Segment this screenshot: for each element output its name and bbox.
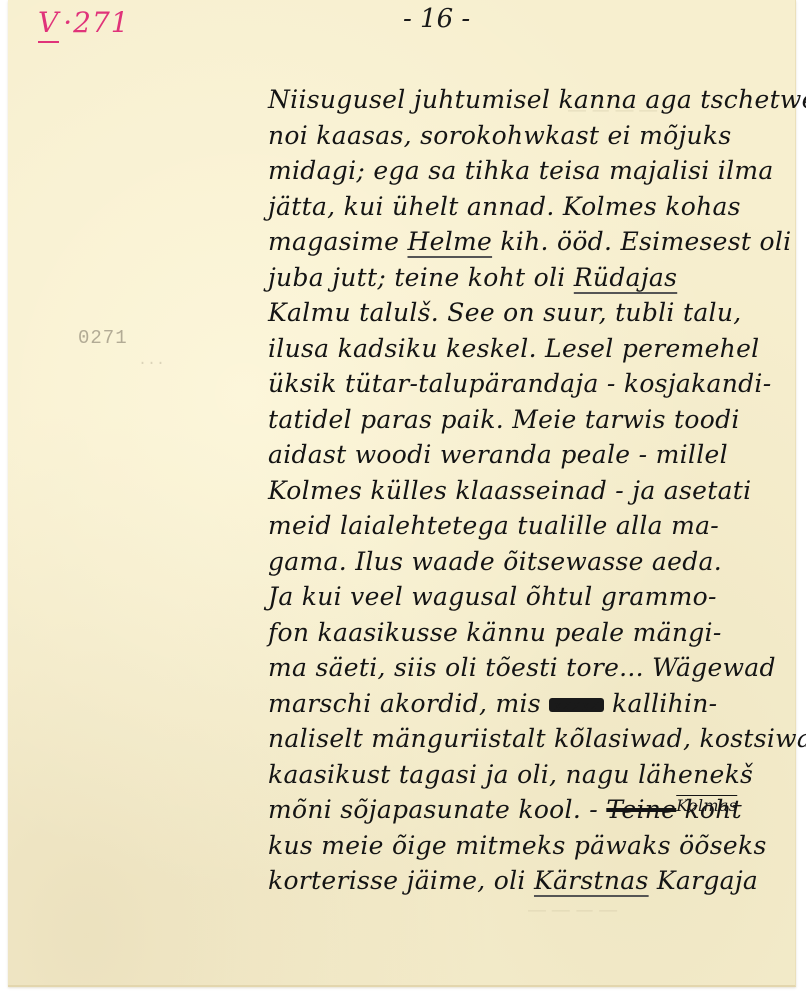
text-line-8: ilusa kadsiku keskel. Lesel peremehel (268, 331, 798, 367)
text-line-13: meid laialehtetega tualille alla ma- (268, 508, 798, 544)
text-line-5: magasime Helme kih. ööd. Esimesest oli (268, 224, 798, 260)
scribbled-out-word: xxxxx (549, 698, 604, 712)
text-line-21: mõni sõjapasunate kool. - TeineKolmas ko… (268, 792, 798, 828)
underlined-place-name: Kärstnas (534, 866, 649, 895)
text-line-20: kaasikust tagasi ja oli, nagu lähenekš (268, 757, 798, 793)
crossed-out-word: Teine (606, 795, 676, 824)
text-line-16: fon kaasikusse kännu peale mängi- (268, 615, 798, 651)
archive-roman-numeral: V (38, 6, 59, 43)
text-line-14: gama. Ilus waade õitsewasse aeda. (268, 544, 798, 580)
text-segment: Kargaja (649, 866, 758, 895)
text-line-22: kus meie õige mitmeks päwaks öõseks (268, 828, 798, 864)
text-segment: kallihin- (604, 689, 718, 718)
text-segment: mõni sõjapasunate kool. - (268, 795, 606, 824)
text-line-11: aidast woodi weranda peale - millel (268, 437, 798, 473)
text-line-17: ma säeti, siis oli tõesti tore... Wägewa… (268, 650, 798, 686)
text-segment: marschi akordid, mis (268, 689, 549, 718)
bleed-through-text: ― ― — ― (528, 900, 617, 921)
text-line-1: Niisugusel juhtumisel kanna aga tschetwe… (268, 82, 798, 118)
archive-number: 271 (73, 6, 129, 39)
underlined-place-name: Helme (408, 227, 493, 256)
handwritten-text-body: Niisugusel juhtumisel kanna aga tschetwe… (268, 82, 798, 899)
archive-reference-mark: V·271 (38, 6, 130, 43)
text-line-4: jätta, kui ühelt annad. Kolmes kohas (268, 189, 798, 225)
underlined-place-name: Rüdajas (574, 263, 677, 292)
text-segment: kih. ööd. Esimesest oli (492, 227, 791, 256)
text-line-23: korterisse jäime, oli Kärstnas Kargaja (268, 863, 798, 899)
text-line-6: juba jutt; teine koht oli Rüdajas (268, 260, 798, 296)
insertion-above-text: Kolmas (676, 798, 737, 814)
text-line-12: Kolmes külles klaasseinad - ja asetati (268, 473, 798, 509)
text-line-10: tatidel paras paik. Meie tarwis toodi (268, 402, 798, 438)
text-line-18: marschi akordid, mis xxxxx kallihin- (268, 686, 798, 722)
archive-stamp-number: 0271 (78, 327, 128, 349)
archive-dot: · (63, 6, 73, 39)
archive-stamp-faint: ··· (138, 355, 165, 372)
text-segment: korterisse jäime, oli (268, 866, 534, 895)
text-segment: magasime (268, 227, 408, 256)
text-line-9: üksik tütar-talupärandaja - kosjakandi- (268, 366, 798, 402)
page-number: - 16 - (403, 4, 470, 34)
text-line-7: Kalmu talulš. See on suur, tubli talu, (268, 295, 798, 331)
text-line-2: noi kaasas, sorokohwkast ei mõjuks (268, 118, 798, 154)
manuscript-page: V·271 - 16 - 0271 ··· ― — ― ― ― ― — ― Ni… (8, 0, 796, 987)
text-segment: juba jutt; teine koht oli (268, 263, 574, 292)
text-line-3: midagi; ega sa tihka teisa majalisi ilma (268, 153, 798, 189)
text-line-19: naliselt mänguriistalt kõlasiwad, kostsi… (268, 721, 798, 757)
text-line-15: Ja kui veel wagusal õhtul grammo- (268, 579, 798, 615)
